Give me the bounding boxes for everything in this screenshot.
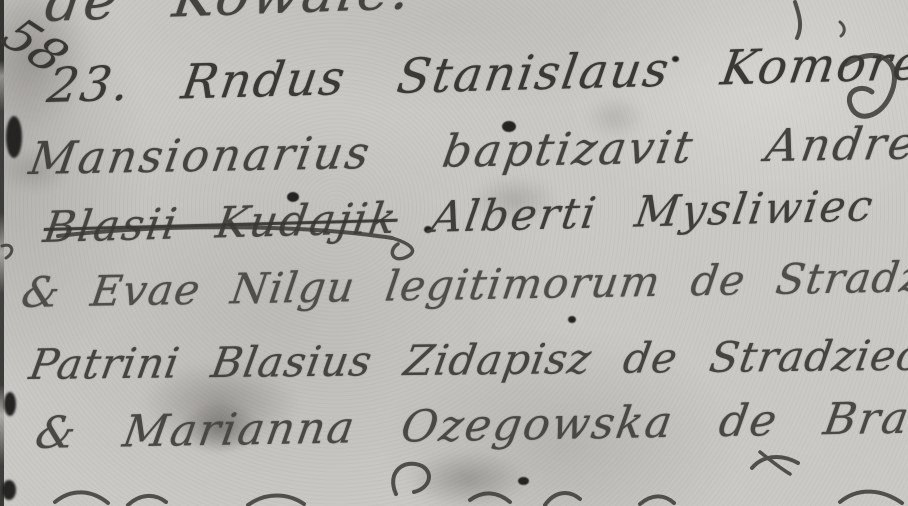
struck-out-text: Blasii Kudajik: [40, 194, 401, 253]
cutoff-stroke: [752, 457, 798, 468]
register-page-scan: de Kowale: 58 23. Rndus Stanislaus Komor…: [0, 0, 908, 506]
entry-line-priest: 23. Rndus Stanislaus Komorecki: [44, 33, 908, 114]
cutoff-stroke: [128, 496, 166, 505]
cutoff-stroke: [248, 496, 304, 506]
ink-speck: [6, 116, 22, 158]
stray-pen-stroke: [795, 2, 800, 38]
entry-line-baptism: Mansionarius baptizavit Andream: [26, 115, 908, 185]
cutoff-stroke: [545, 493, 580, 505]
ink-speck: [518, 477, 529, 485]
ink-stain: [408, 450, 528, 506]
cutoff-stroke: [840, 492, 902, 503]
ink-speck: [2, 480, 16, 500]
scan-edge-shadow: [0, 0, 4, 506]
cutoff-stroke: [760, 452, 790, 474]
cutoff-stroke: [640, 496, 674, 504]
cutoff-stroke: [470, 493, 510, 502]
ink-speck: [568, 316, 576, 323]
top-place-line: de Kowale:: [41, 0, 418, 35]
entry-line-father: Blasii KudajikAlberti Mysliwiec: [40, 181, 878, 253]
entry-line-godfather: Patrini Blasius Zidapisz de Stradziec: [26, 331, 908, 389]
line-text: Alberti Mysliwiec: [428, 181, 878, 243]
comma-mark: [840, 22, 844, 36]
ink-speck: [4, 392, 16, 416]
entry-line-godmother: & Marianna Ozegowska de Braska.: [32, 391, 908, 459]
cutoff-stroke: [55, 492, 108, 503]
edge-curl-mark: [2, 245, 12, 258]
entry-line-mother: & Evae Nilgu legitimorum de Stradzice: [19, 251, 908, 317]
cutoff-stroke: [393, 464, 429, 494]
